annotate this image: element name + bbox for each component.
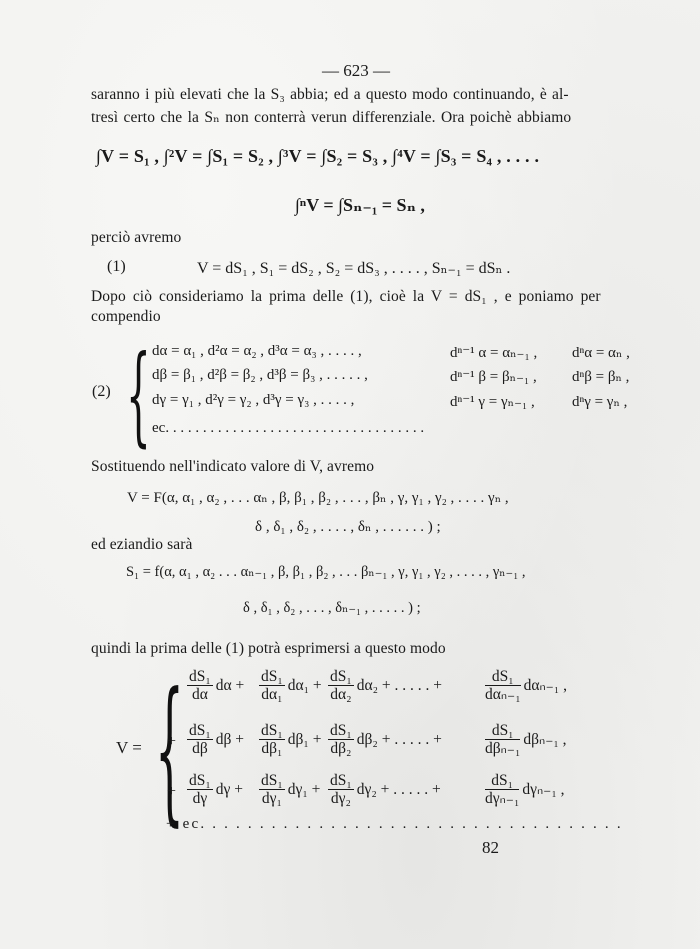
fraction: dS₁dβ₂ (328, 722, 354, 757)
differential: dα + (216, 677, 245, 695)
paragraph-text: ed eziandio sarà (91, 536, 192, 554)
equation-row-term: dⁿ⁻¹ γ = γₙ₋₁ , (450, 392, 535, 411)
denominator: dα₁ (259, 686, 285, 703)
denominator: dα₂ (328, 686, 354, 703)
denominator: dβ (187, 740, 213, 757)
equation-line: S₁ = f(α, α₁ , α₂ . . . αₙ₋₁ , β, β₁ , β… (126, 564, 526, 581)
book-page: — 623 — saranno i più elevati che la S₃ … (0, 0, 700, 949)
differential: dβₙ₋₁ , (523, 730, 566, 749)
denominator: dβ₁ (259, 740, 285, 757)
denominator: dγ₂ (328, 790, 354, 807)
partial-derivative-term: dS₁dβdβ + (186, 722, 244, 757)
equation-lhs: V = (116, 738, 142, 758)
numerator: dS₁ (328, 668, 354, 686)
paragraph-text: Sostituendo nell'indicato valore di V, a… (91, 458, 374, 476)
equation-row-term: dⁿβ = βₙ , (572, 367, 629, 386)
fraction: dS₁dα (187, 668, 213, 703)
equation-row-term: dⁿγ = γₙ , (572, 392, 627, 411)
left-brace-icon: { (126, 335, 151, 461)
partial-derivative-term: dS₁dγₙ₋₁ dγₙ₋₁ , (484, 772, 565, 807)
numerator: dS₁ (328, 722, 354, 740)
numerator: dS₁ (187, 668, 213, 686)
paragraph-line: tresì certo che la Sₙ non conterrà verun… (91, 108, 571, 127)
denominator: dβₙ₋₁ (485, 740, 520, 757)
fraction: dS₁dβₙ₋₁ (485, 722, 520, 757)
differential: dγₙ₋₁ , (522, 780, 564, 799)
fraction: dS₁dγₙ₋₁ (485, 772, 519, 807)
denominator: dβ₂ (328, 740, 354, 757)
integral-equation-line: ∫ⁿV = ∫Sₙ₋₁ = Sₙ , (295, 195, 425, 216)
plus-sign: + (167, 733, 176, 751)
fraction: dS₁dα₂ (328, 668, 354, 703)
signature-mark: 82 (482, 838, 499, 858)
differential: dγ₁ + (288, 781, 321, 799)
fraction: dS₁dβ (187, 722, 213, 757)
denominator: dγ₁ (259, 790, 285, 807)
differential: dγ + (216, 781, 243, 799)
equation-last-row: + ec. . . . . . . . . . . . . . . . . . … (166, 816, 623, 833)
paragraph-line: compendio (91, 308, 161, 326)
differential: dα₂ + . . . . . + (357, 677, 442, 695)
fraction: dS₁dαₙ₋₁ (485, 668, 521, 703)
partial-derivative-term: dS₁dβ₁dβ₁ + (258, 722, 321, 757)
numerator: dS₁ (187, 722, 213, 740)
differential: dβ₂ + . . . . . + (357, 731, 442, 749)
numerator: dS₁ (485, 722, 520, 740)
differential: dβ + (216, 731, 244, 749)
differential: dβ₁ + (288, 731, 322, 749)
equation-row: ec. . . . . . . . . . . . . . . . . . . … (152, 420, 424, 437)
equation-label: (1) (107, 258, 126, 276)
differential: dαₙ₋₁ , (524, 676, 567, 695)
numerator: dS₁ (328, 772, 354, 790)
paragraph-text: perciò avremo (91, 229, 181, 247)
equation-row: dγ = γ₁ , d²γ = γ₂ , d³γ = γ₃ , . . . . … (152, 392, 354, 409)
equation-row-term: dⁿ⁻¹ α = αₙ₋₁ , (450, 343, 537, 362)
partial-derivative-term: dS₁dα₂dα₂ + . . . . . + (327, 668, 442, 703)
equation-line: V = F(α, α₁ , α₂ , . . . αₙ , β, β₁ , β₂… (127, 488, 509, 507)
differential: dα₁ + (288, 677, 322, 695)
denominator: dγₙ₋₁ (485, 790, 519, 807)
denominator: dα (187, 686, 213, 703)
integral-equation-line: ∫V = S₁ , ∫²V = ∫S₁ = S₂ , ∫³V = ∫S₂ = S… (96, 146, 539, 167)
partial-derivative-term: dS₁dα₁dα₁ + (258, 668, 322, 703)
partial-derivative-term: dS₁dαdα + (186, 668, 244, 703)
numerator: dS₁ (259, 722, 285, 740)
plus-sign: + (167, 783, 176, 801)
partial-derivative-term: dS₁dγ₂dγ₂ + . . . . . + (327, 772, 441, 807)
denominator: dγ (187, 790, 213, 807)
denominator: dαₙ₋₁ (485, 686, 521, 703)
page-number: — 623 — (322, 61, 390, 81)
equation-line: δ , δ₁ , δ₂ , . . . . , δₙ , . . . . . .… (255, 517, 441, 536)
partial-derivative-term: dS₁dβ₂dβ₂ + . . . . . + (327, 722, 442, 757)
fraction: dS₁dγ (187, 772, 213, 807)
equation-row: dβ = β₁ , d²β = β₂ , d³β = β₃ , . . . . … (152, 367, 368, 384)
paragraph-line: Dopo ciò consideriamo la prima delle (1)… (91, 288, 601, 306)
fraction: dS₁dγ₂ (328, 772, 354, 807)
equation-body: V = dS₁ , S₁ = dS₂ , S₂ = dS₃ , . . . . … (197, 258, 510, 278)
equation-row-term: dⁿ⁻¹ β = βₙ₋₁ , (450, 367, 537, 386)
fraction: dS₁dγ₁ (259, 772, 285, 807)
differential: dγ₂ + . . . . . + (357, 781, 441, 799)
equation-line: δ , δ₁ , δ₂ , . . . , δₙ₋₁ , . . . . . )… (243, 600, 421, 617)
numerator: dS₁ (485, 772, 519, 790)
paragraph-text: quindi la prima delle (1) potrà esprimer… (91, 640, 446, 658)
partial-derivative-term: dS₁dαₙ₋₁ dαₙ₋₁ , (484, 668, 567, 703)
numerator: dS₁ (259, 772, 285, 790)
equation-row: dα = α₁ , d²α = α₂ , d³α = α₃ , . . . . … (152, 343, 362, 360)
paragraph-line: saranno i più elevati che la S₃ abbia; e… (91, 86, 569, 104)
equation-label: (2) (92, 383, 111, 401)
partial-derivative-term: dS₁dγ₁dγ₁ + (258, 772, 320, 807)
numerator: dS₁ (485, 668, 521, 686)
fraction: dS₁dα₁ (259, 668, 285, 703)
fraction: dS₁dβ₁ (259, 722, 285, 757)
partial-derivative-term: dS₁dγdγ + (186, 772, 243, 807)
numerator: dS₁ (259, 668, 285, 686)
equation-row-term: dⁿα = αₙ , (572, 343, 630, 362)
partial-derivative-term: dS₁dβₙ₋₁ dβₙ₋₁ , (484, 722, 567, 757)
numerator: dS₁ (187, 772, 213, 790)
